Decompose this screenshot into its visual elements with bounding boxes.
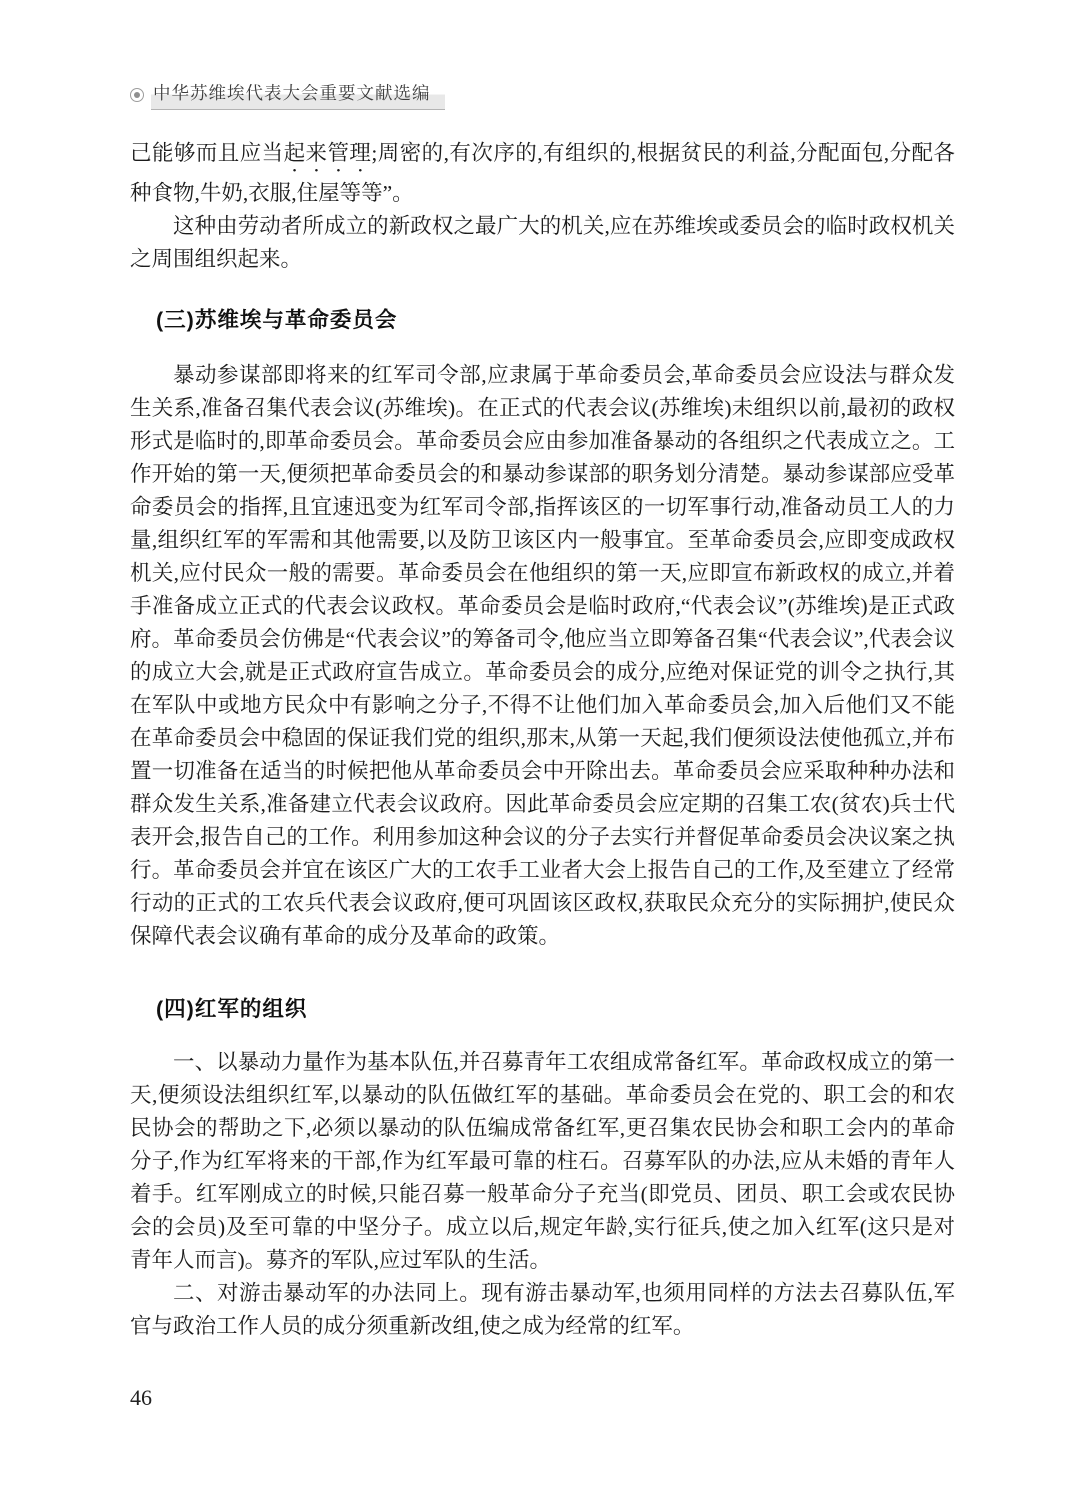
page-footer: 46	[130, 1385, 152, 1411]
section-heading-3: (三)苏维埃与革命委员会	[130, 303, 955, 334]
section-4-paragraph-1: 一、以暴动力量作为基本队伍,并召募青年工农组成常备红军。革命政权成立的第一天,便…	[130, 1046, 955, 1277]
section-4-paragraph-2: 二、对游击暴动军的办法同上。现有游击暴动军,也须用同样的方法去召募队伍,军官与政…	[130, 1277, 955, 1343]
paragraph-continued-from-previous-page: 己能够而且应当起来管理;周密的,有次序的,有组织的,根据贫民的利益,分配面包,分…	[130, 137, 955, 210]
page-body: 己能够而且应当起来管理;周密的,有次序的,有组织的,根据贫民的利益,分配面包,分…	[130, 137, 955, 1343]
paragraph-text: 己能够而且应当	[130, 141, 284, 165]
emphasis-dotted-text: 起来管理	[284, 141, 372, 165]
document-page: 中华苏维埃代表大会重要文献选编 己能够而且应当起来管理;周密的,有次序的,有组织…	[0, 0, 1083, 1508]
page-number: 46	[130, 1385, 152, 1410]
section-3-paragraph: 暴动参谋部即将来的红军司令部,应隶属于革命委员会,革命委员会应设法与群众发生关系…	[130, 359, 955, 953]
paragraph-intro: 这种由劳动者所成立的新政权之最广大的机关,应在苏维埃或委员会的临时政权机关之周围…	[130, 210, 955, 276]
book-title: 中华苏维埃代表大会重要文献选编	[151, 79, 445, 110]
running-header: 中华苏维埃代表大会重要文献选编	[130, 78, 955, 110]
circle-dot-icon	[130, 88, 144, 102]
section-heading-4: (四)红军的组织	[130, 992, 955, 1023]
